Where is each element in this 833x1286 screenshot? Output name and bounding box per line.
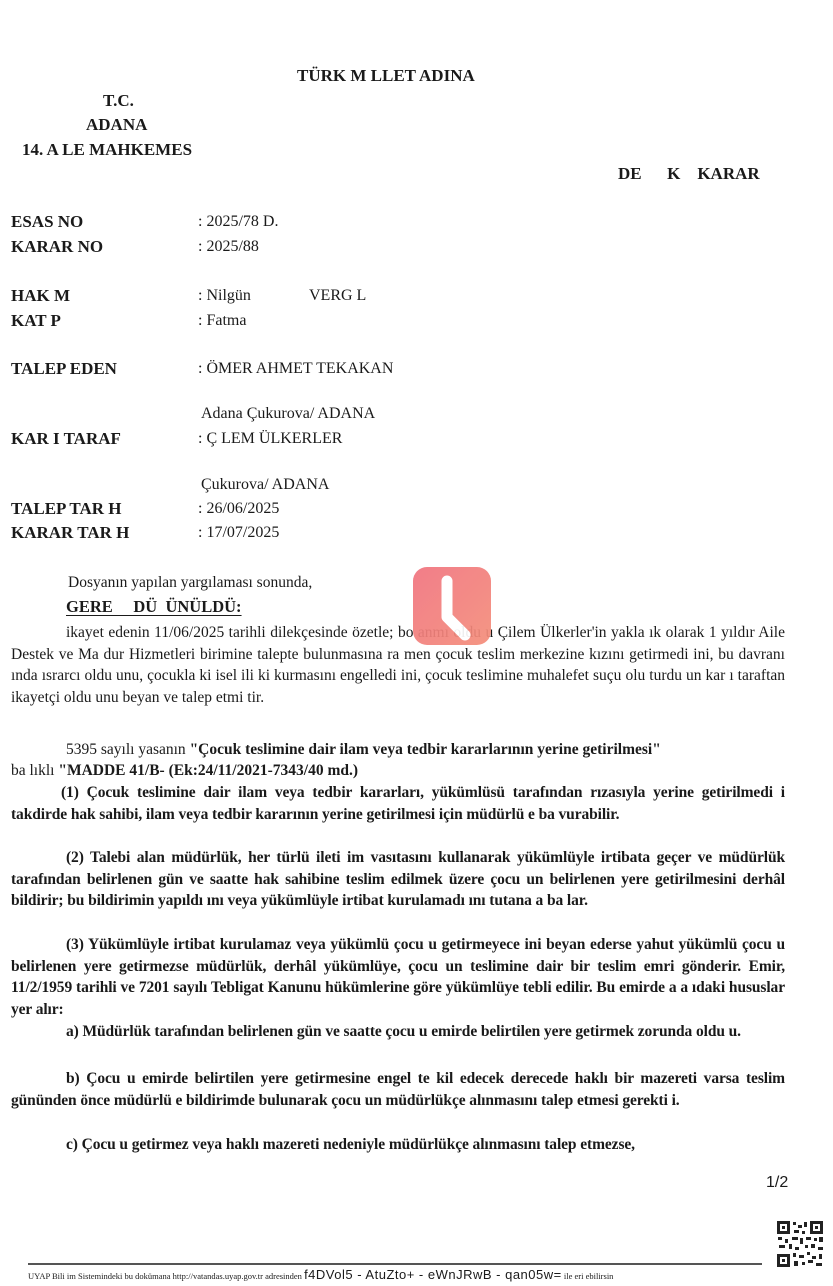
intro-text: Dosyanın yapılan yargılaması sonunda, — [68, 574, 312, 592]
decision-type: DE K KARAR — [618, 164, 760, 184]
karsi-taraf-address: Çukurova/ ADANA — [201, 476, 329, 494]
hakim-label: HAK M — [11, 286, 70, 306]
footer-suffix: ile eri ebilirsin — [562, 1271, 614, 1281]
karar-no-value: : 2025/88 — [198, 238, 259, 256]
talep-eden-label: TALEP EDEN — [11, 359, 117, 379]
footer-prefix: UYAP Bili im Sistemindeki bu dokümana ht… — [28, 1271, 304, 1281]
esas-no-label: ESAS NO — [11, 212, 83, 232]
footer-verification: UYAP Bili im Sistemindeki bu dokümana ht… — [28, 1267, 613, 1282]
article-item-c: c) Çocu u getirmez veya haklı mazereti n… — [11, 1134, 785, 1156]
article-paragraph-1: (1) Çocuk teslimine dair ilam veya tedbi… — [11, 782, 785, 825]
law-reference: 5395 sayılı yasanın "Çocuk teslimine dai… — [11, 739, 785, 761]
karsi-taraf-value: : Ç LEM ÜLKERLER — [198, 430, 342, 448]
esas-no-value: : 2025/78 D. — [198, 213, 278, 231]
law-reference-line2: ba lıklı "MADDE 41/B- (Ek:24/11/2021-734… — [11, 760, 785, 782]
karar-tarihi-label: KARAR TAR H — [11, 523, 129, 543]
clock-icon — [413, 567, 491, 645]
katip-value: : Fatma — [198, 312, 246, 330]
karar-tarihi-value: : 17/07/2025 — [198, 524, 279, 542]
complaint-paragraph: ikayet edenin 11/06/2025 tarihli dilekçe… — [11, 622, 785, 708]
talep-eden-value: : ÖMER AHMET TEKAKAN — [198, 360, 393, 378]
katip-label: KAT P — [11, 311, 61, 331]
section-heading: GERE DÜ ÜNÜLDÜ: — [66, 597, 242, 617]
city-label: ADANA — [86, 115, 147, 135]
court-name: 14. A LE MAHKEMES — [22, 140, 192, 160]
hakim-value: : Nilgün — [198, 287, 251, 305]
page-number: 1/2 — [766, 1174, 788, 1192]
article-title: "MADDE 41/B- (Ek:24/11/2021-7343/40 md.) — [58, 762, 358, 779]
law-reference-title: "Çocuk teslimine dair ilam veya tedbir k… — [190, 741, 661, 758]
karar-no-label: KARAR NO — [11, 237, 103, 257]
law-reference-prefix: 5395 sayılı yasanın — [66, 741, 190, 758]
tc-label: T.C. — [103, 91, 134, 111]
talep-eden-address: Adana Çukurova/ ADANA — [201, 405, 375, 423]
karsi-taraf-label: KAR I TARAF — [11, 429, 121, 449]
talep-tarihi-value: : 26/06/2025 — [198, 500, 279, 518]
qr-code-icon — [776, 1220, 824, 1268]
nation-title: TÜRK M LLET ADINA — [297, 66, 475, 86]
article-item-a: a) Müdürlük tarafından belirlenen gün ve… — [11, 1021, 785, 1043]
law-reference-line2-prefix: ba lıklı — [11, 762, 58, 779]
verification-code: f4DVol5 - AtuZto+ - eWnJRwB - qan05w= — [304, 1267, 562, 1282]
article-item-b: b) Çocu u emirde belirtilen yere getirme… — [11, 1068, 785, 1111]
article-paragraph-2: (2) Talebi alan müdürlük, her türlü ilet… — [11, 847, 785, 912]
hakim-surname: VERG L — [309, 287, 366, 305]
talep-tarihi-label: TALEP TAR H — [11, 499, 122, 519]
article-paragraph-3: (3) Yükümlüyle irtibat kurulamaz veya yü… — [11, 934, 785, 1020]
footer-divider — [28, 1263, 762, 1265]
